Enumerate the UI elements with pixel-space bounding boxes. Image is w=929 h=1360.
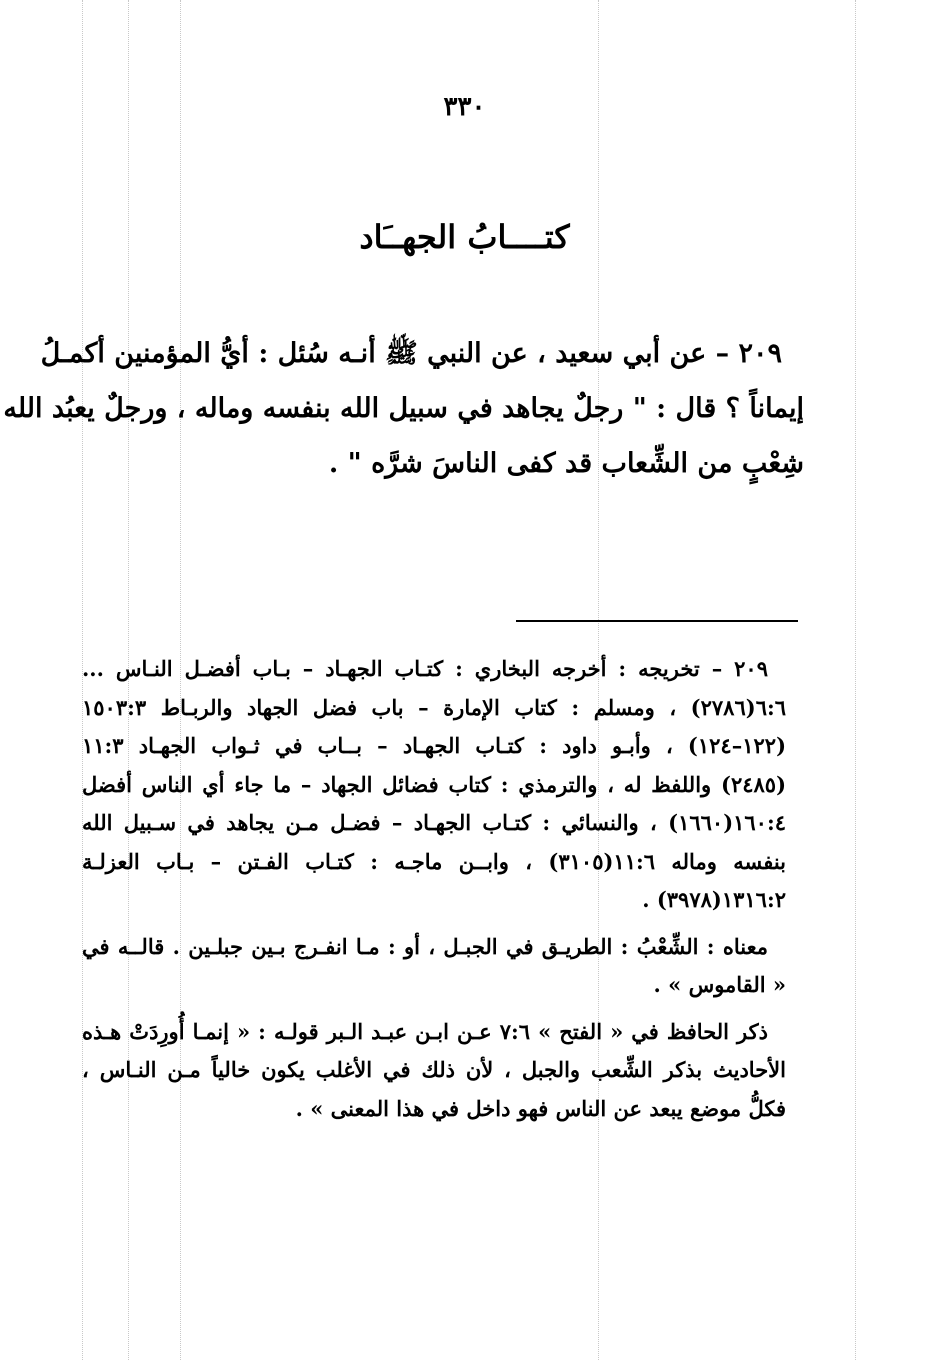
chapter-title: كتــــابُ الجهــَاد	[0, 218, 929, 256]
footnote-line: ٢٠٩ – تخريجه : أخرجه البخاري : كتـاب الج…	[82, 650, 804, 689]
hadith-line: ٢٠٩ – عن أبي سعيد ، عن النبي ﷺ أنـه سُئل…	[82, 326, 804, 381]
footnote-line: ١٦٠:٤(١٦٦٠) ، والنسائي : كتـاب الجهـاد –…	[82, 804, 804, 843]
footnote-line: ذكر الحافظ في « الفتح » ٧:٦ عـن ابـن عبـ…	[82, 1013, 804, 1052]
footnote-line: معناه : الشِّعْبُ : الطريـق في الجبـل ، …	[82, 928, 804, 967]
hadith-line: إيماناً ؟ قال : " رجلٌ يجاهد في سبيل الل…	[82, 381, 804, 436]
footnote-line: الأحاديث بذكر الشِّعب والجبل ، لأن ذلك ف…	[82, 1051, 804, 1090]
footnote-line: (١٢٢–١٢٤) ، وأبـو داود : كتـاب الجهـاد –…	[82, 727, 804, 766]
hadith-text: ٢٠٩ – عن أبي سعيد ، عن النبي ﷺ أنـه سُئل…	[82, 326, 804, 491]
footnote-line: فكلُّ موضع يبعد عن الناس فهو داخل في هذا…	[82, 1090, 804, 1129]
page-number: ٣٣٠	[0, 92, 929, 122]
footnote-divider	[516, 620, 798, 622]
footnotes: ٢٠٩ – تخريجه : أخرجه البخاري : كتـاب الج…	[82, 650, 804, 1136]
footnote-line: ١٣١٦:٢(٣٩٧٨) .	[82, 881, 804, 920]
scan-artifact-line	[855, 0, 856, 1360]
hadith-line: شِعْبٍ من الشِّعاب قد كفى الناسَ شرَّه "…	[82, 436, 804, 491]
footnote-line: (٢٤٨٥) واللفظ له ، والترمذي : كتاب فضائل…	[82, 766, 804, 805]
footnote-hafiz-note: ذكر الحافظ في « الفتح » ٧:٦ عـن ابـن عبـ…	[82, 1013, 804, 1129]
footnote-meaning: معناه : الشِّعْبُ : الطريـق في الجبـل ، …	[82, 928, 804, 1005]
footnote-line: بنفسه وماله ١١:٦(٣١٠٥) ، وابــن ماجـه : …	[82, 843, 804, 882]
footnote-line: « القاموس » .	[82, 966, 804, 1005]
footnote-takhrij: ٢٠٩ – تخريجه : أخرجه البخاري : كتـاب الج…	[82, 650, 804, 920]
footnote-line: ٦:٦(٢٧٨٦) ، ومسلم : كتاب الإمارة – باب ف…	[82, 689, 804, 728]
